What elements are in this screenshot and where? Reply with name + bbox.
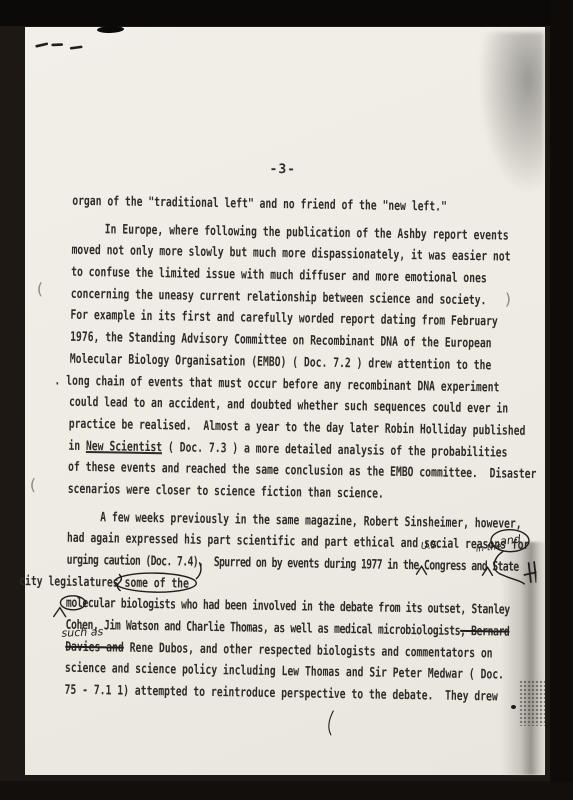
pen-oval-molecular: [60, 596, 85, 610]
pen-slash-bottom: [329, 711, 334, 735]
pen-caret-state: [482, 567, 492, 575]
photo-top-band: [0, 0, 573, 26]
photograph-background: -3- organ of the "traditional left" and …: [0, 0, 573, 800]
pen-oval-some-of-the: [114, 572, 196, 592]
pen-marks-overlay: [13, 27, 545, 783]
photo-bottom-band: [0, 781, 573, 800]
pen-tail-some-of-the: [196, 563, 201, 579]
page-content: -3- organ of the "traditional left" and …: [13, 27, 545, 783]
pen-circle-and: [491, 529, 529, 552]
pen-caret-molecular: [54, 608, 66, 617]
document-page: -3- organ of the "traditional left" and …: [25, 27, 545, 775]
pen-dashes-top-left: [37, 44, 82, 49]
pen-tail-and: [494, 551, 525, 583]
pen-caret-congress: [416, 566, 426, 574]
